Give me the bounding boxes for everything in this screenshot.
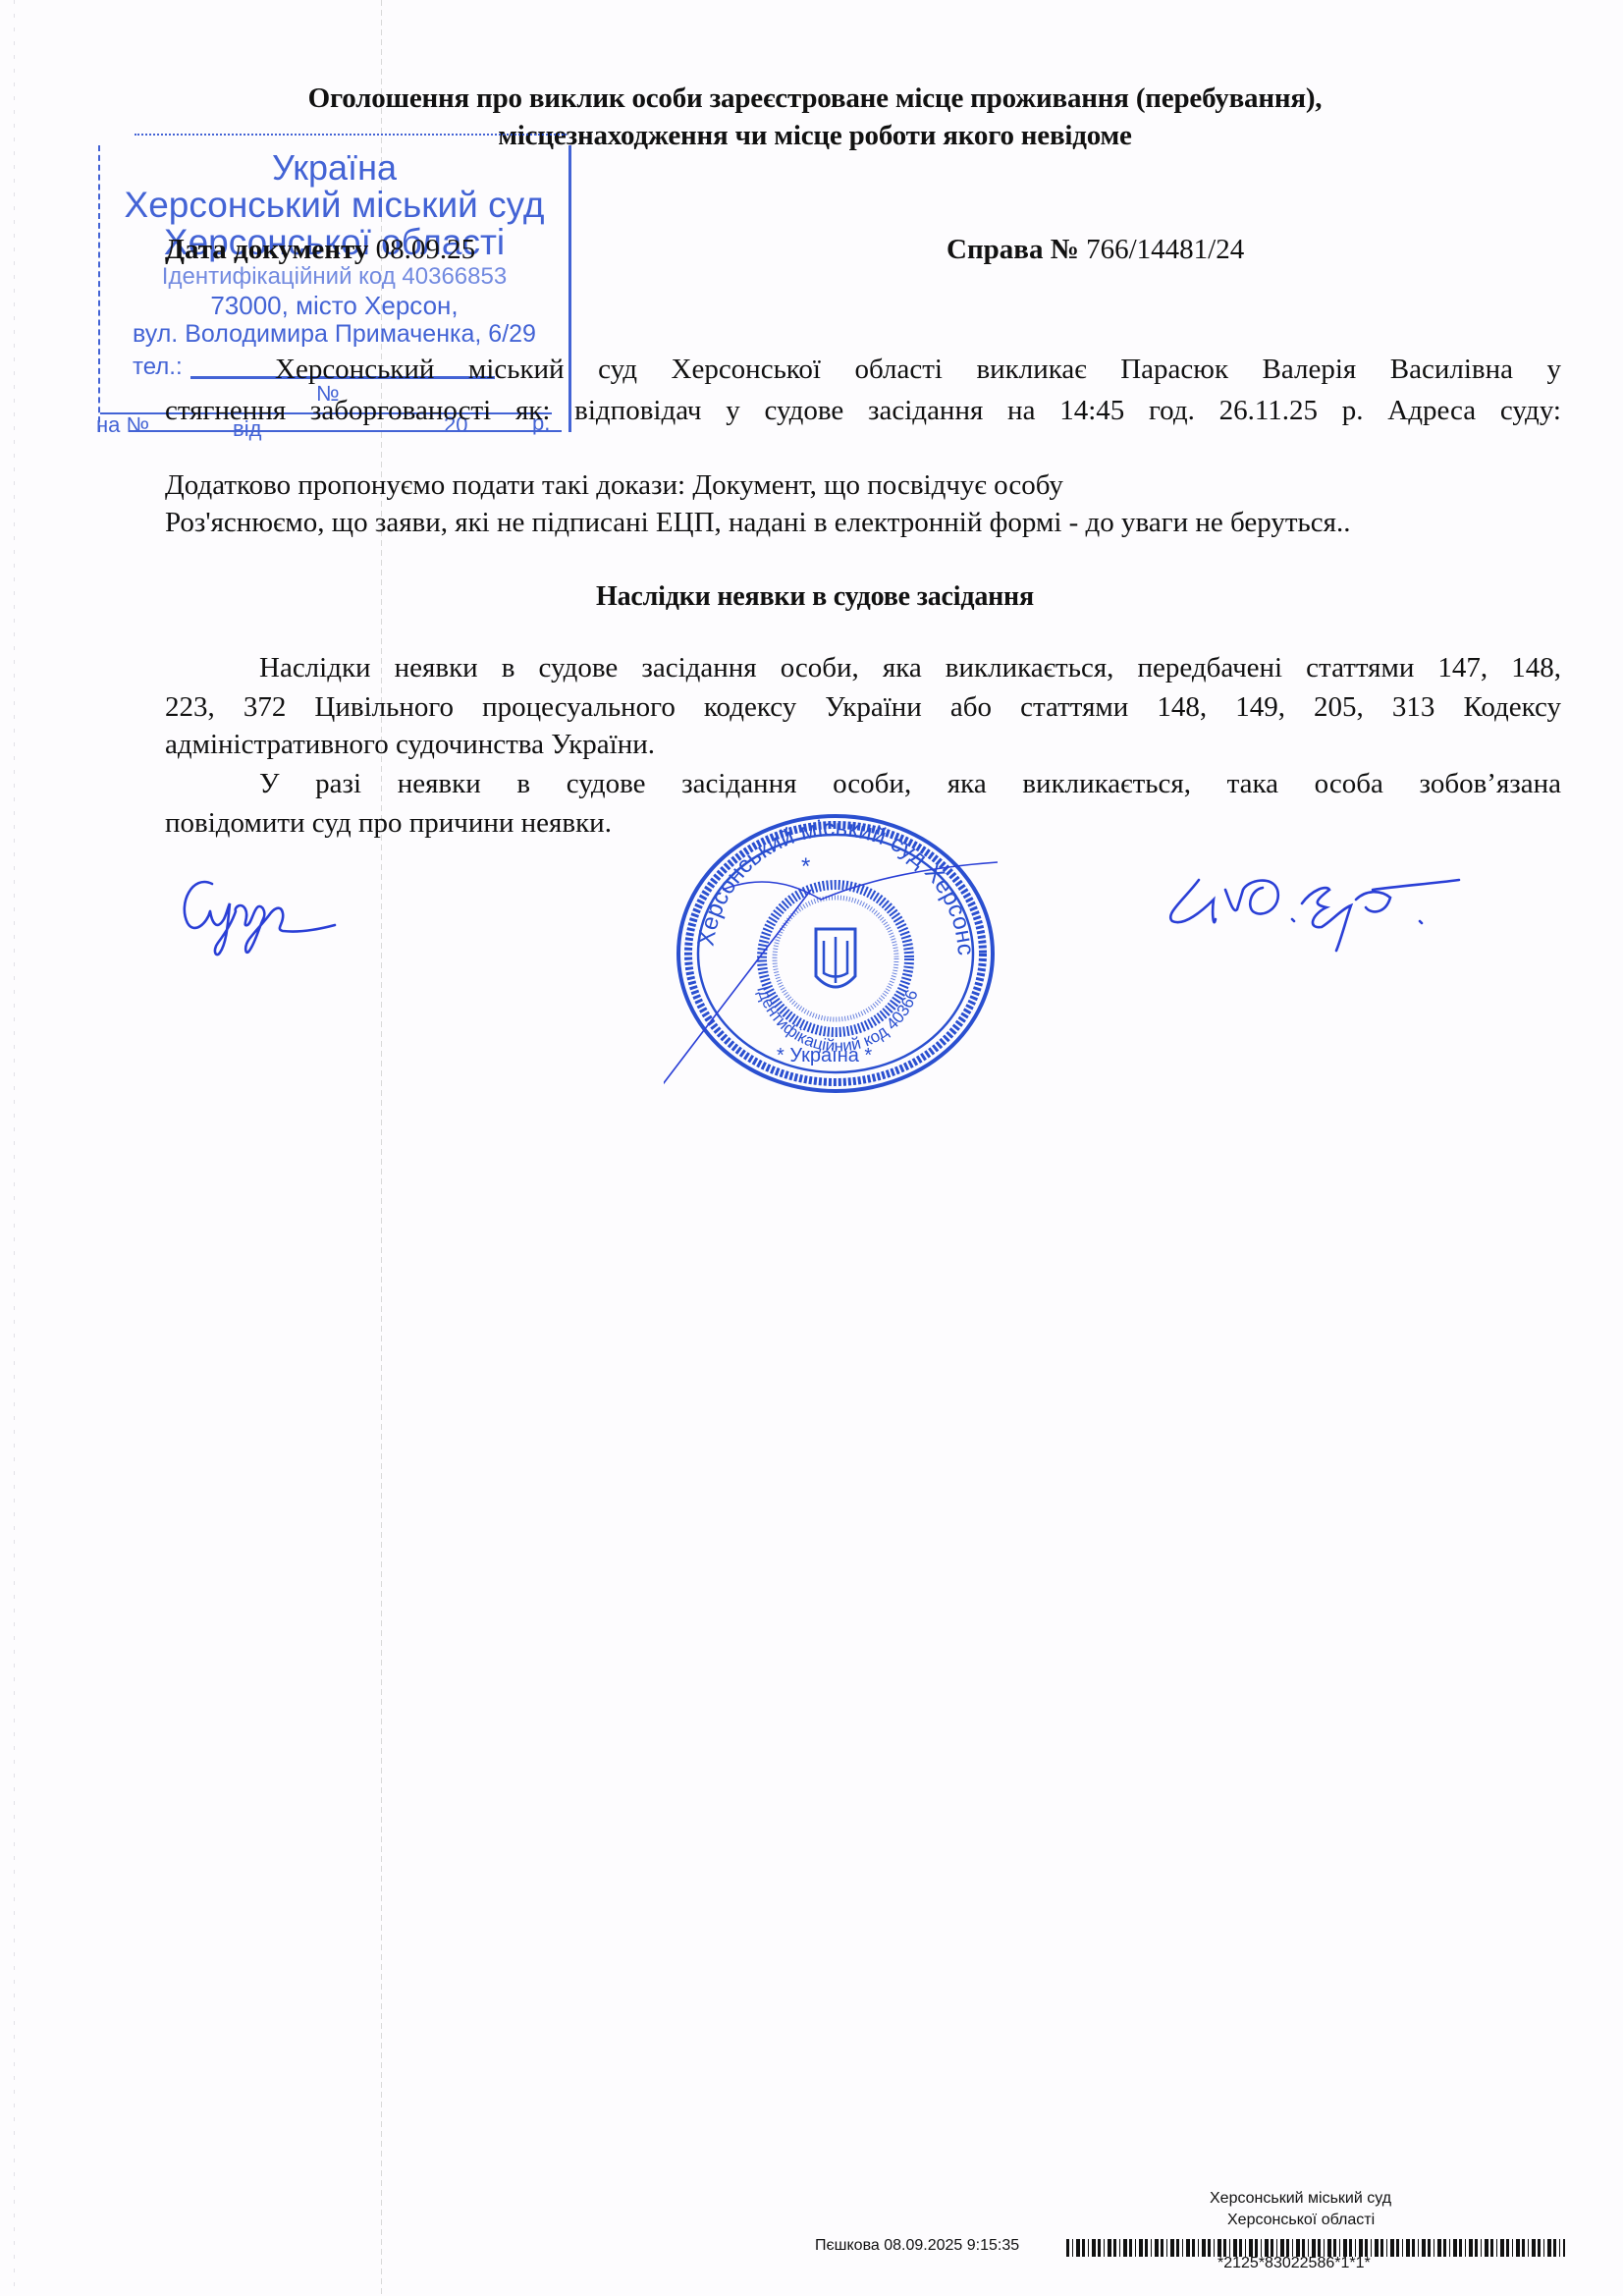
footer-court-line-2: Херсонської області [1227, 2212, 1375, 2229]
consequences-p2-line-2: повідомити суд про причини неявки. [165, 807, 612, 840]
round-seal-icon: Херсонський міський суд Херсонської * * … [664, 811, 1007, 1106]
court-rectangular-stamp: Україна Херсонський міський суд Херсонсь… [98, 145, 571, 432]
svg-text:*: * [801, 853, 810, 880]
footer-clerk-timestamp: Пєшкова 08.09.2025 9:15:35 [815, 2237, 1019, 2255]
summons-line-1: Херсонський міський суд Херсонської обла… [275, 354, 1561, 386]
consequences-p1-line-1: Наслідки неявки в судове засідання особи… [259, 652, 1561, 684]
stamp-phone-label: тел.: [133, 354, 183, 381]
signature-right [1155, 860, 1488, 963]
signature-left [173, 864, 369, 967]
consequences-heading: Наслідки неявки в судове засідання [157, 581, 1473, 613]
stamp-court-line-1: Херсонський міський суд [100, 185, 568, 226]
stamp-ref-label: на № [96, 412, 149, 438]
consequences-p1-line-2: 223, 372 Цивільного процесуального кодек… [165, 691, 1561, 724]
case-number: Справа № 766/14481/24 [947, 234, 1244, 266]
evidence-request: Додатково пропонуємо подати такі докази:… [165, 469, 1063, 502]
date-label: Дата документу [165, 234, 368, 265]
court-round-stamp: Херсонський міський суд Херсонської * * … [664, 811, 1007, 1111]
stamp-address-line-2: вул. Володимира Примаченка, 6/29 [100, 320, 568, 349]
case-label: Справа № [947, 234, 1079, 265]
ecp-note: Роз'яснюємо, що заяви, які не підписані … [165, 507, 1351, 539]
document-date: Дата документу 08.09.25 [165, 234, 475, 266]
barcode-text: *2125*83022586*1*1* [1217, 2255, 1371, 2272]
consequences-p1-line-3: адміністративного судочинства України. [165, 729, 655, 761]
signature-left-icon [173, 864, 369, 962]
scan-edge-line [14, 0, 15, 2296]
signature-right-icon [1155, 860, 1488, 958]
summons-line-2: стягнення заборгованості як: відповідач … [165, 395, 1561, 427]
stamp-top-dotted-line [135, 134, 567, 136]
document-title-line-1: Оголошення про виклик особи зареєстрован… [157, 82, 1473, 115]
stamp-id-code: Ідентифікаційний код 40366853 [100, 263, 568, 291]
stamp-bottom-underline [130, 430, 562, 432]
stamp-country: Україна [100, 147, 568, 189]
case-value: 766/14481/24 [1086, 234, 1244, 265]
footer-court-line-1: Херсонський міський суд [1210, 2190, 1391, 2208]
stamp-address-line-1: 73000, місто Херсон, [100, 291, 568, 321]
consequences-p2-line-1: У разі неявки в судове засідання особи, … [259, 768, 1561, 800]
date-value: 08.09.25 [376, 234, 476, 265]
